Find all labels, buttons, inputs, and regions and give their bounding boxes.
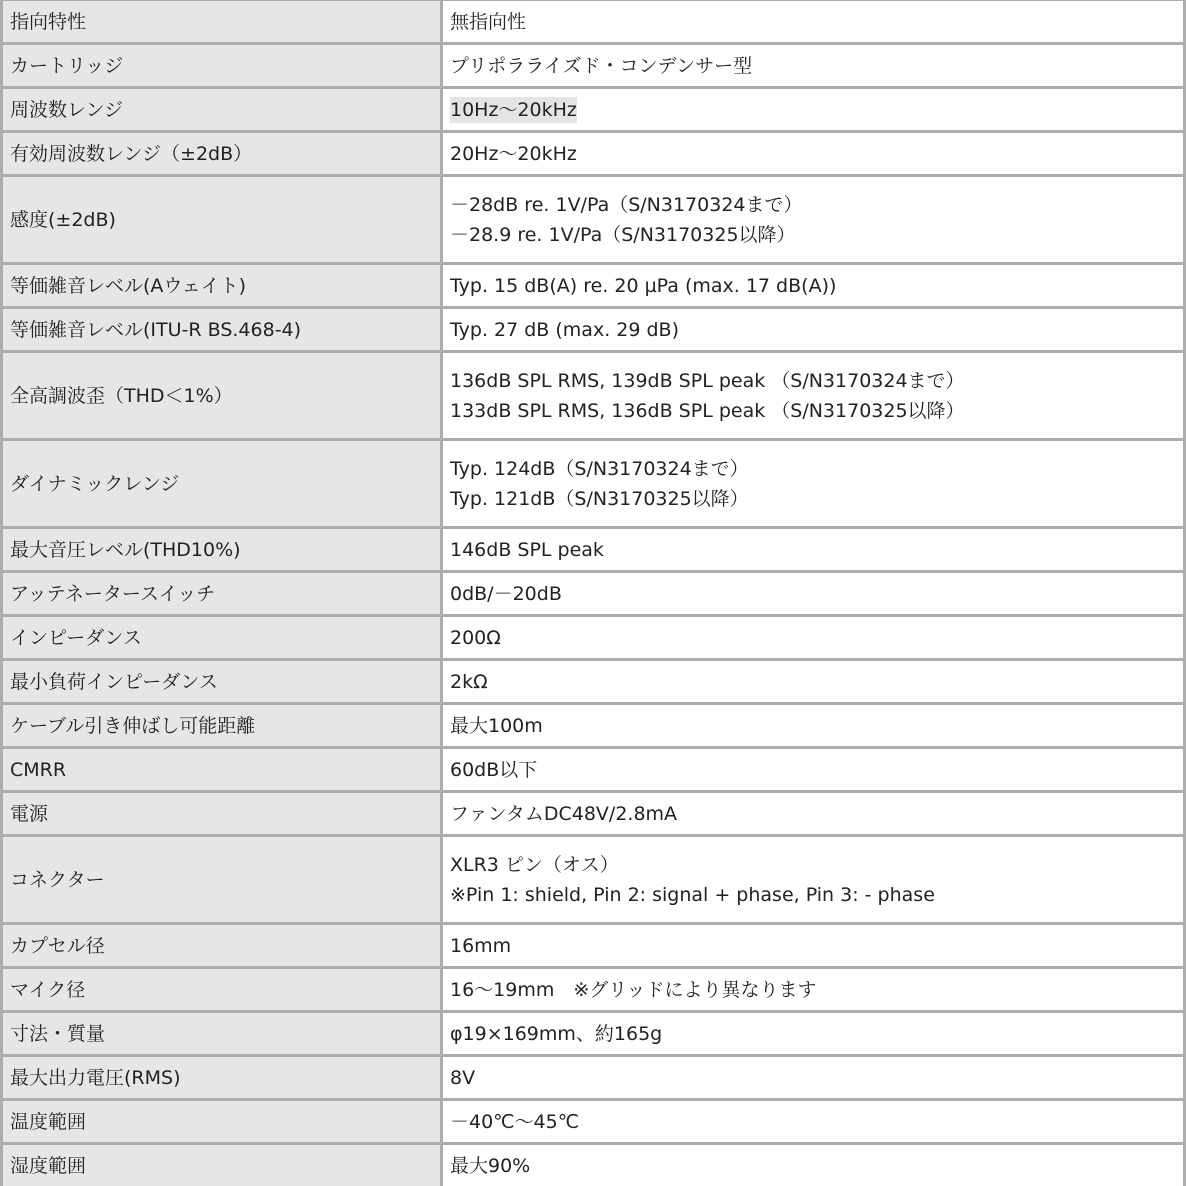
spec-value-line: －28dB re. 1V/Pa（S/N3170324まで） <box>450 190 1177 220</box>
spec-label: 最小負荷インピーダンス <box>2 660 442 704</box>
spec-value: 10Hz～20kHz <box>442 88 1185 132</box>
spec-label: 最大出力電圧(RMS) <box>2 1056 442 1100</box>
spec-label: カプセル径 <box>2 924 442 968</box>
spec-row-temperature-range: 温度範囲 －40℃～45℃ <box>2 1100 1185 1144</box>
spec-value: Typ. 15 dB(A) re. 20 µPa (max. 17 dB(A)) <box>442 264 1185 308</box>
spec-value-line: 60dB以下 <box>450 755 1177 785</box>
spec-value: 0dB/－20dB <box>442 572 1185 616</box>
spec-row-capsule-diameter: カプセル径 16mm <box>2 924 1185 968</box>
spec-label: 有効周波数レンジ（±2dB） <box>2 132 442 176</box>
spec-row-humidity-range: 湿度範囲 最大90% <box>2 1144 1185 1186</box>
spec-value-line: プリポラライズド・コンデンサー型 <box>450 51 1177 81</box>
spec-value-line: XLR3 ピン（オス） <box>450 850 1177 880</box>
spec-table: 指向特性 無指向性 カートリッジ プリポラライズド・コンデンサー型 周波数レンジ… <box>0 0 1186 1186</box>
spec-value-line: －40℃～45℃ <box>450 1107 1177 1137</box>
spec-value: 2kΩ <box>442 660 1185 704</box>
spec-label: 寸法・質量 <box>2 1012 442 1056</box>
spec-row-dynamic-range: ダイナミックレンジ Typ. 124dB（S/N3170324まで） Typ. … <box>2 440 1185 528</box>
spec-value: XLR3 ピン（オス） ※Pin 1: shield, Pin 2: signa… <box>442 836 1185 924</box>
spec-value-line: 16～19mm ※グリッドにより異なります <box>450 975 1177 1005</box>
spec-label: CMRR <box>2 748 442 792</box>
spec-value: －40℃～45℃ <box>442 1100 1185 1144</box>
spec-row-thd: 全高調波歪（THD＜1%） 136dB SPL RMS, 139dB SPL p… <box>2 352 1185 440</box>
spec-value-line: 146dB SPL peak <box>450 535 1177 565</box>
spec-value-line: ※Pin 1: shield, Pin 2: signal + phase, P… <box>450 880 1177 910</box>
spec-value-line: Typ. 15 dB(A) re. 20 µPa (max. 17 dB(A)) <box>450 271 1177 301</box>
spec-row-mic-diameter: マイク径 16～19mm ※グリッドにより異なります <box>2 968 1185 1012</box>
spec-label: アッテネータースイッチ <box>2 572 442 616</box>
spec-value-line: Typ. 121dB（S/N3170325以降） <box>450 484 1177 514</box>
spec-row-impedance: インピーダンス 200Ω <box>2 616 1185 660</box>
spec-row-cmrr: CMRR 60dB以下 <box>2 748 1185 792</box>
spec-value-line: 2kΩ <box>450 667 1177 697</box>
spec-row-effective-frequency-range: 有効周波数レンジ（±2dB） 20Hz～20kHz <box>2 132 1185 176</box>
spec-label: ケーブル引き伸ばし可能距離 <box>2 704 442 748</box>
spec-value: 16～19mm ※グリッドにより異なります <box>442 968 1185 1012</box>
spec-row-max-output-voltage: 最大出力電圧(RMS) 8V <box>2 1056 1185 1100</box>
spec-value-line: 最大90% <box>450 1151 1177 1181</box>
spec-value-line: 133dB SPL RMS, 136dB SPL peak （S/N317032… <box>450 396 1177 426</box>
spec-value: Typ. 124dB（S/N3170324まで） Typ. 121dB（S/N3… <box>442 440 1185 528</box>
spec-row-sensitivity: 感度(±2dB) －28dB re. 1V/Pa（S/N3170324まで） －… <box>2 176 1185 264</box>
spec-label: 電源 <box>2 792 442 836</box>
spec-value: 最大90% <box>442 1144 1185 1186</box>
spec-value-line: 0dB/－20dB <box>450 579 1177 609</box>
spec-value-line: Typ. 27 dB (max. 29 dB) <box>450 315 1177 345</box>
spec-row-attenuator: アッテネータースイッチ 0dB/－20dB <box>2 572 1185 616</box>
spec-value: 200Ω <box>442 616 1185 660</box>
spec-value-line: φ19×169mm、約165g <box>450 1019 1177 1049</box>
spec-label: 周波数レンジ <box>2 88 442 132</box>
spec-value: 16mm <box>442 924 1185 968</box>
spec-row-connector: コネクター XLR3 ピン（オス） ※Pin 1: shield, Pin 2:… <box>2 836 1185 924</box>
spec-value: 136dB SPL RMS, 139dB SPL peak （S/N317032… <box>442 352 1185 440</box>
spec-value-line: 最大100m <box>450 711 1177 741</box>
spec-value: 無指向性 <box>442 0 1185 44</box>
spec-row-min-load-impedance: 最小負荷インピーダンス 2kΩ <box>2 660 1185 704</box>
spec-row-power: 電源 ファンタムDC48V/2.8mA <box>2 792 1185 836</box>
spec-value: φ19×169mm、約165g <box>442 1012 1185 1056</box>
spec-label: 等価雑音レベル(Aウェイト) <box>2 264 442 308</box>
spec-value-line: 16mm <box>450 931 1177 961</box>
spec-row-cartridge: カートリッジ プリポラライズド・コンデンサー型 <box>2 44 1185 88</box>
spec-value: 8V <box>442 1056 1185 1100</box>
spec-row-cable-length: ケーブル引き伸ばし可能距離 最大100m <box>2 704 1185 748</box>
spec-label: マイク径 <box>2 968 442 1012</box>
spec-value-line: Typ. 124dB（S/N3170324まで） <box>450 454 1177 484</box>
spec-label: 等価雑音レベル(ITU-R BS.468-4) <box>2 308 442 352</box>
spec-value: －28dB re. 1V/Pa（S/N3170324まで） －28.9 re. … <box>442 176 1185 264</box>
spec-value-line: 200Ω <box>450 623 1177 653</box>
spec-label: 湿度範囲 <box>2 1144 442 1186</box>
spec-label: ダイナミックレンジ <box>2 440 442 528</box>
spec-value-line: 8V <box>450 1063 1177 1093</box>
spec-label: コネクター <box>2 836 442 924</box>
spec-row-frequency-range: 周波数レンジ 10Hz～20kHz <box>2 88 1185 132</box>
spec-row-max-spl: 最大音圧レベル(THD10%) 146dB SPL peak <box>2 528 1185 572</box>
spec-value: 20Hz～20kHz <box>442 132 1185 176</box>
spec-value: 60dB以下 <box>442 748 1185 792</box>
spec-row-dimensions-weight: 寸法・質量 φ19×169mm、約165g <box>2 1012 1185 1056</box>
spec-label: 指向特性 <box>2 0 442 44</box>
spec-label: 感度(±2dB) <box>2 176 442 264</box>
spec-value-line: 136dB SPL RMS, 139dB SPL peak （S/N317032… <box>450 366 1177 396</box>
spec-value: Typ. 27 dB (max. 29 dB) <box>442 308 1185 352</box>
spec-value-line: 無指向性 <box>450 7 1177 37</box>
spec-row-directivity: 指向特性 無指向性 <box>2 0 1185 44</box>
spec-value: 146dB SPL peak <box>442 528 1185 572</box>
spec-value-line: 20Hz～20kHz <box>450 139 1177 169</box>
spec-value-line: －28.9 re. 1V/Pa（S/N3170325以降） <box>450 220 1177 250</box>
spec-value: 最大100m <box>442 704 1185 748</box>
spec-label: カートリッジ <box>2 44 442 88</box>
spec-row-noise-itu: 等価雑音レベル(ITU-R BS.468-4) Typ. 27 dB (max.… <box>2 308 1185 352</box>
spec-value: ファンタムDC48V/2.8mA <box>442 792 1185 836</box>
spec-value-line: ファンタムDC48V/2.8mA <box>450 799 1177 829</box>
spec-value-highlighted: 10Hz～20kHz <box>450 97 577 123</box>
spec-label: インピーダンス <box>2 616 442 660</box>
spec-label: 全高調波歪（THD＜1%） <box>2 352 442 440</box>
spec-row-noise-a-weighted: 等価雑音レベル(Aウェイト) Typ. 15 dB(A) re. 20 µPa … <box>2 264 1185 308</box>
spec-value: プリポラライズド・コンデンサー型 <box>442 44 1185 88</box>
spec-table-body: 指向特性 無指向性 カートリッジ プリポラライズド・コンデンサー型 周波数レンジ… <box>2 0 1185 1186</box>
spec-label: 最大音圧レベル(THD10%) <box>2 528 442 572</box>
spec-label: 温度範囲 <box>2 1100 442 1144</box>
